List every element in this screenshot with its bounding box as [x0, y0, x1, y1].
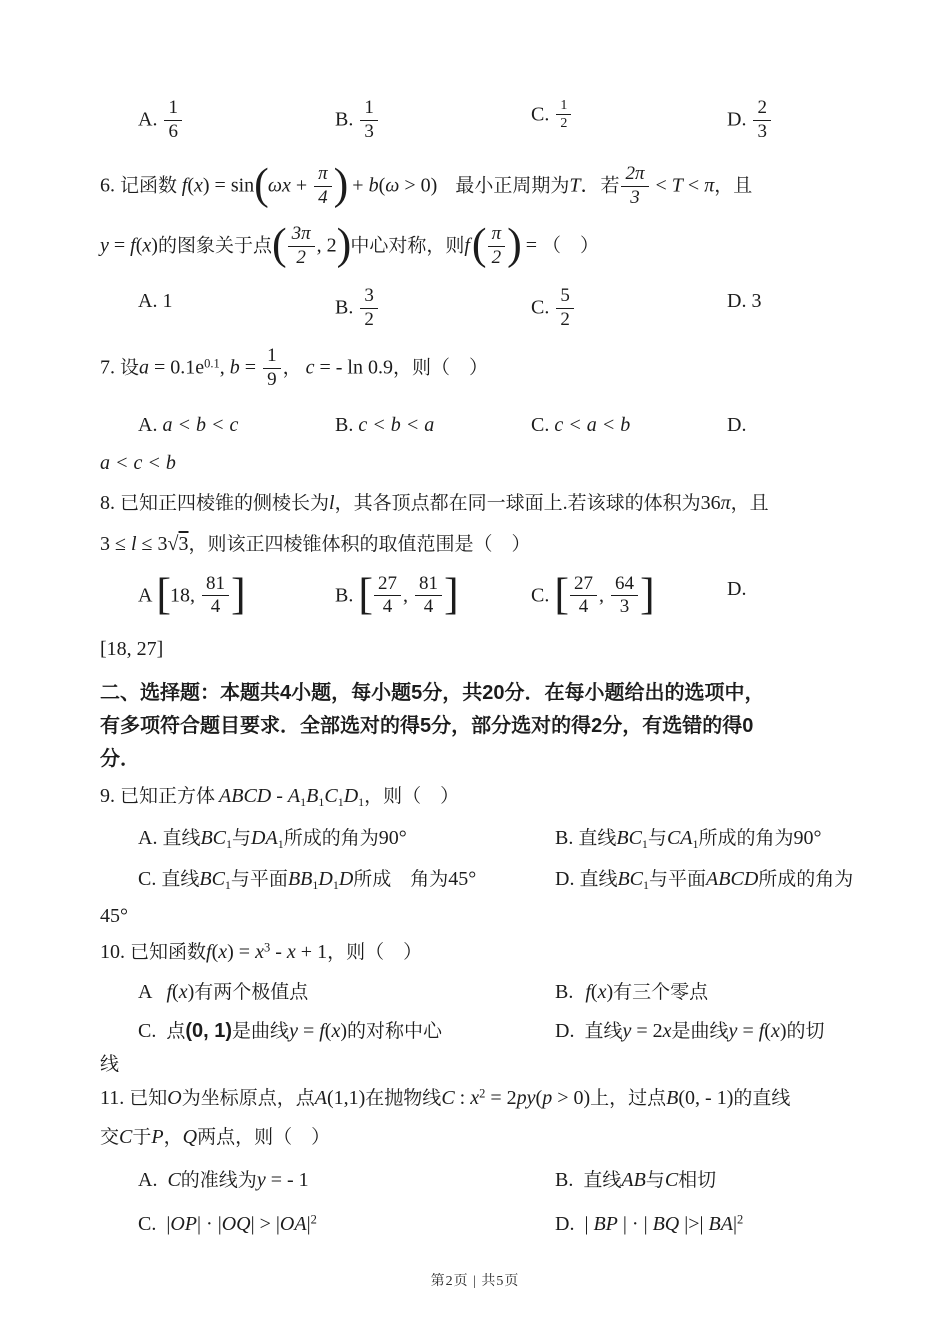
fraction: 274	[374, 574, 401, 618]
math-upright-run: 10.	[100, 941, 130, 963]
text-run: 点	[166, 1021, 185, 1042]
footer-total-pages: 共5页	[481, 1274, 519, 1289]
fraction-denominator: 3	[753, 121, 771, 143]
math-italic-run: C	[324, 785, 337, 807]
math-upright-run: = - ln 0.9	[314, 357, 393, 379]
text-run: 已知	[129, 1088, 167, 1109]
math-upright-run: ,	[403, 584, 413, 606]
text-run: 直线	[162, 828, 200, 849]
math-upright-run: (	[172, 981, 179, 1003]
text-run: 的图象关于点	[158, 236, 272, 257]
big-bracket: ]	[444, 569, 458, 618]
math-upright-run: D.	[555, 868, 579, 890]
text-run: 所成的角为	[758, 869, 853, 890]
q9-options-row1: A. 直线BC1与DA1所成的角为90°B. 直线BC1与CA1所成的角为90°	[100, 825, 862, 852]
math-upright-run: = 2	[485, 1087, 516, 1109]
q9-options-row2: C. 直线BC1与平面BB1D1D所成 角为45°D. 直线BC1与平面ABCD…	[100, 866, 862, 893]
math-upright-run: ．	[580, 175, 600, 197]
math-upright-run: (0, - 1)	[678, 1087, 733, 1109]
math-italic-run: x	[142, 235, 151, 257]
fraction: 13	[360, 98, 378, 142]
text-run: ，	[164, 1127, 183, 1148]
q8-options-row-cell-c: C. [274, 643]	[531, 576, 727, 620]
fraction-numerator: 1	[263, 346, 281, 369]
math-italic-run: y	[100, 235, 109, 257]
math-upright-run: 90°	[794, 827, 822, 849]
math-upright-run: |>|	[679, 1213, 708, 1235]
q8-stem-line1: 8. 已知正四棱锥的侧棱长为l，其各顶点都在同一球面上.若该球的体积为36π，且	[100, 490, 862, 517]
math-upright-run: C.	[531, 103, 554, 125]
text-run: 的直线	[733, 1088, 790, 1109]
math-italic-run: A	[315, 1087, 327, 1109]
fraction-denominator: 4	[415, 596, 442, 618]
math-upright-run: )	[780, 1020, 787, 1042]
text-run: （ ）	[542, 236, 599, 257]
text-run: 直线	[161, 869, 199, 890]
math-upright-run: ) = sin	[203, 175, 254, 197]
fraction-numerator: π	[314, 164, 332, 187]
fraction-denominator: 4	[314, 187, 332, 209]
text-run: 直线	[579, 869, 617, 890]
big-bracket: ]	[640, 569, 654, 618]
fraction-denominator: 2	[488, 247, 506, 269]
text-run: 记函数	[120, 176, 182, 197]
q6-stem-line1: 6. 记函数 f(x) = sin(ωx + π4) + b(ω > 0)最小正…	[100, 166, 862, 210]
math-upright-run: -	[271, 785, 288, 807]
math-italic-run: π	[721, 492, 731, 514]
fraction-denominator: 6	[164, 121, 182, 143]
math-italic-run: BC	[616, 827, 642, 849]
q7-options-row-cell-a: A. a < b < c	[138, 412, 335, 438]
math-upright-run: D.	[555, 1213, 574, 1235]
math-upright-run: | · |	[618, 1213, 653, 1235]
page-footer: 第2页 | 共5页	[0, 1270, 950, 1290]
q11-stem-line2: 交C于P，Q两点，则（ ）	[100, 1124, 862, 1151]
fraction: 814	[202, 574, 229, 618]
math-upright-run: D.	[727, 109, 751, 131]
text-run: 与平面	[649, 869, 706, 890]
math-italic-run: C	[665, 1169, 678, 1191]
math-italic-run: f	[464, 235, 470, 257]
text-run: 已知正四棱锥的侧棱长为	[120, 493, 329, 514]
math-italic-run: CA	[667, 827, 693, 849]
math-upright-run: (	[591, 981, 598, 1003]
math-italic-run: BC	[617, 868, 643, 890]
fraction: 274	[570, 574, 597, 618]
q10-options-row1-cell-b: B.f(x)有三个零点	[555, 979, 708, 1006]
text-run: 已知正方体	[120, 786, 215, 807]
math-upright-run: ) =	[227, 941, 255, 963]
fraction: 2π3	[621, 164, 648, 208]
text-run: 线	[100, 1054, 119, 1075]
math-italic-run: T	[569, 175, 580, 197]
fraction: 16	[164, 98, 182, 142]
math-upright-run: A	[138, 584, 156, 606]
q10-option-d-wrap: 线	[100, 1053, 862, 1078]
math-upright-run: , 2	[317, 235, 337, 257]
math-upright-run: [18, 27]	[100, 638, 163, 660]
math-italic-run: O	[167, 1087, 181, 1109]
exam-content: A. 16B. 13C. 12D. 236. 记函数 f(x) = sin(ωx…	[100, 100, 862, 1237]
text-run: 两点，则（ ）	[197, 1127, 330, 1148]
fraction-numerator: 81	[202, 574, 229, 597]
math-italic-run: OP	[170, 1213, 197, 1235]
math-italic-run: C	[167, 1169, 180, 1191]
text-run: ，则（ ）	[393, 358, 488, 379]
math-upright-run: C.	[531, 584, 554, 606]
text-run: 已知函数	[130, 942, 206, 963]
math-italic-run: y	[289, 1020, 298, 1042]
text-run: 所成的角为	[699, 828, 794, 849]
math-italic-run: ωx	[268, 175, 291, 197]
fraction-denominator: 4	[570, 596, 597, 618]
text-run: 与	[232, 828, 251, 849]
fraction-numerator: 64	[611, 574, 638, 597]
fraction-numerator: 3π	[288, 224, 315, 247]
math-upright-run: D. 3	[727, 290, 761, 312]
math-italic-run: a < b < c	[162, 414, 238, 436]
text-run: ，其各顶点都在同一球面上	[335, 493, 563, 514]
q7-options-row-cell-b: B. c < b < a	[335, 412, 531, 438]
math-upright-run: =	[109, 235, 130, 257]
big-bracket: )	[507, 220, 521, 269]
q10-options-row1: Af(x)有两个极值点B.f(x)有三个零点	[100, 979, 862, 1006]
math-upright-run: > 0)	[552, 1087, 590, 1109]
big-bracket: [	[554, 569, 568, 618]
math-italic-run: P	[151, 1126, 163, 1148]
math-upright-run: D.	[727, 578, 746, 600]
fraction: π2	[488, 224, 506, 268]
text-run: 与	[646, 1170, 665, 1191]
math-upright-run: 45°	[100, 905, 128, 927]
text-run: 有两个极值点	[194, 982, 308, 1003]
fraction: 19	[263, 346, 281, 390]
q8-options-row-cell-b: B. [274, 814]	[335, 576, 531, 620]
math-italic-run: A	[288, 785, 300, 807]
text-run: 上，过点	[590, 1088, 666, 1109]
math-upright-run: C.	[531, 297, 554, 319]
fraction-numerator: π	[488, 224, 506, 247]
math-upright-run: 8.	[100, 492, 120, 514]
text-run: 直线	[578, 828, 616, 849]
fraction-denominator: 3	[360, 121, 378, 143]
math-italic-run: T	[672, 175, 683, 197]
math-upright-run: 18,	[170, 584, 200, 606]
fraction-denominator: 2	[360, 309, 378, 331]
fraction: 643	[611, 574, 638, 618]
math-upright-run: =	[521, 235, 542, 257]
math-italic-run: B	[306, 785, 318, 807]
exam-page: A. 16B. 13C. 12D. 236. 记函数 f(x) = sin(ωx…	[0, 0, 950, 1344]
math-upright-run: 6.	[100, 175, 120, 197]
text-run: ，则该正四棱锥体积的取值范围是（ ）	[189, 534, 531, 555]
math-upright-run: 11.	[100, 1087, 129, 1109]
math-italic-run: BQ	[653, 1213, 680, 1235]
text-run: 直线	[584, 1021, 622, 1042]
math-italic-run: π	[704, 175, 714, 197]
big-bracket: [	[358, 569, 372, 618]
text-run: 为坐标原点，点	[182, 1088, 315, 1109]
fraction-denominator: 3	[621, 187, 648, 209]
q10-options-row2-cell-a: C.点(0, 1)是曲线y = f(x)的对称中心	[138, 1018, 555, 1045]
text-run: 与平面	[231, 869, 288, 890]
text-run: 设	[120, 358, 139, 379]
fraction-numerator: 81	[415, 574, 442, 597]
bold-heading-run: 有多项符合题目要求．全部选对的得5分，部分选对的得2分，有选错的得0	[100, 715, 753, 737]
math-italic-run: a < c < b	[100, 452, 176, 474]
math-italic-run: x	[194, 175, 203, 197]
math-upright-run: )	[151, 235, 158, 257]
fraction-numerator: 1	[164, 98, 182, 121]
math-upright-run: C.	[138, 1213, 156, 1235]
math-upright-run: ,	[220, 357, 230, 379]
q8-options-row: A [18, 814]B. [274, 814]C. [274, 643]D.	[100, 576, 862, 620]
q7-option-d-wrap: a < c < b	[100, 450, 862, 476]
text-run: ，且	[731, 493, 769, 514]
math-upright-run: <	[683, 175, 704, 197]
math-italic-run: b	[369, 175, 379, 197]
text-run: ，且	[714, 176, 752, 197]
math-italic-run: p	[542, 1087, 552, 1109]
math-upright-run: B.	[555, 827, 578, 849]
fraction: 52	[556, 286, 574, 330]
math-upright-run: =	[737, 1020, 758, 1042]
math-italic-run: x	[255, 941, 264, 963]
math-italic-run: x	[287, 941, 296, 963]
math-italic-run: x	[179, 981, 188, 1003]
text-run: ，	[283, 358, 302, 379]
math-italic-run: a	[139, 357, 149, 379]
q6-options-row-cell-b: B. 32	[335, 288, 531, 332]
q5-options-row-cell-c: C. 12	[531, 100, 727, 133]
q6-options-row: A. 1B. 32C. 52D. 3	[100, 288, 862, 332]
math-upright-run: :	[455, 1087, 471, 1109]
math-upright-run: (	[764, 1020, 771, 1042]
fraction-denominator: 3	[611, 596, 638, 618]
section2-header-line3: 分．	[100, 744, 862, 775]
math-italic-run: OQ	[222, 1213, 251, 1235]
footer-page-number: 第2页	[431, 1274, 469, 1289]
text-run: 的准线为	[181, 1170, 257, 1191]
q8-option-d-wrap: [18, 27]	[100, 636, 862, 662]
math-italic-run: BC	[200, 827, 226, 849]
section2-header-line1: 二、选择题：本题共4小题，每小题5分，共20分．在每小题给出的选项中，	[100, 678, 862, 709]
math-upright-run: C.	[531, 414, 554, 436]
q6-options-row-cell-d: D. 3	[727, 288, 761, 314]
math-upright-run: = 0.1e	[149, 357, 204, 379]
big-bracket: )	[337, 220, 351, 269]
math-upright-run: A.	[138, 109, 162, 131]
fraction-denominator: 4	[202, 596, 229, 618]
math-upright-run: B.	[335, 414, 358, 436]
math-italic-run: x	[218, 941, 227, 963]
q10-options-row2-cell-b: D.直线y = 2x是曲线y = f(x)的切	[555, 1018, 825, 1045]
math-upright-run: | · |	[197, 1213, 222, 1235]
math-italic-run: ω	[385, 175, 399, 197]
math-upright-run: A.	[138, 827, 162, 849]
math-upright-run: (1,1)	[327, 1087, 365, 1109]
q6-options-row-cell-c: C. 52	[531, 288, 727, 332]
math-upright-run: C.	[138, 1020, 156, 1042]
text-run: 若	[600, 176, 619, 197]
math-italic-run: x	[771, 1020, 780, 1042]
q11-options-row2-cell-b: D.| BP | · | BQ |>| BA|2	[555, 1211, 743, 1237]
q5-options-row-cell-a: A. 16	[138, 100, 335, 144]
math-upright-run: 36	[701, 492, 721, 514]
math-upright-run: B.	[335, 297, 358, 319]
text-run: 在抛物线	[365, 1088, 441, 1109]
math-upright-run: 9.	[100, 785, 120, 807]
text-run: 交	[100, 1127, 119, 1148]
math-italic-run: py	[517, 1087, 536, 1109]
math-upright-run: A. 1	[138, 290, 172, 312]
math-upright-run: ,	[599, 584, 609, 606]
fraction-denominator: 2	[288, 247, 315, 269]
q11-options-row1-cell-b: B.直线AB与C相切	[555, 1167, 716, 1194]
text-run: 所成的角为	[284, 828, 379, 849]
fraction-numerator: 2	[753, 98, 771, 121]
q10-stem: 10. 已知函数f(x) = x3 - x + 1，则（ ）	[100, 939, 862, 966]
text-run: 中心对称，则	[350, 236, 464, 257]
q9-options-row1-cell-b: B. 直线BC1与CA1所成的角为90°	[555, 825, 822, 852]
math-italic-run: C	[441, 1087, 454, 1109]
fraction-numerator: 1	[360, 98, 378, 121]
math-upright-run: | > |	[251, 1213, 280, 1235]
q11-options-row2-cell-a: C.|OP| · |OQ| > |OA|2	[138, 1211, 555, 1237]
math-italic-run: OA	[280, 1213, 307, 1235]
fraction-numerator: 27	[570, 574, 597, 597]
math-upright-run: D.	[727, 414, 746, 436]
fraction-numerator: 3	[360, 286, 378, 309]
math-upright-run: 45°	[448, 868, 476, 890]
math-upright-run: 90°	[379, 827, 407, 849]
math-upright-run: = 2	[631, 1020, 662, 1042]
bold-run: (0, 1)	[185, 1020, 232, 1042]
text-run: ，则（ ）	[327, 942, 422, 963]
text-run: ，则（ ）	[364, 786, 459, 807]
q9-options-row1-cell-a: A. 直线BC1与DA1所成的角为90°	[138, 825, 555, 852]
math-italic-run: Q	[183, 1126, 197, 1148]
text-run: 直线	[583, 1170, 621, 1191]
fraction-denominator: 2	[556, 309, 574, 331]
math-italic-run: C	[119, 1126, 132, 1148]
big-bracket: (	[472, 220, 486, 269]
math-italic-run: BA	[709, 1213, 733, 1235]
math-upright-run: B.	[335, 109, 358, 131]
q7-stem: 7. 设a = 0.1e0.1, b = 19，c = - ln 0.9，则（ …	[100, 348, 862, 392]
q9-options-row2-cell-b: D. 直线BC1与平面ABCD所成的角为	[555, 866, 853, 893]
q8-options-row-cell-a: A [18, 814]	[138, 576, 335, 620]
math-upright-run: =	[298, 1020, 319, 1042]
math-upright-run: B.	[555, 981, 573, 1003]
radical-sign: √	[168, 533, 179, 555]
math-italic-run: D	[318, 868, 332, 890]
q9-options-row2-cell-a: C. 直线BC1与平面BB1D1D所成 角为45°	[138, 866, 555, 893]
fraction: 814	[415, 574, 442, 618]
math-italic-run: x	[470, 1087, 479, 1109]
math-italic-run: c < b < a	[358, 414, 434, 436]
fraction-denominator: 2	[556, 115, 571, 131]
q8-stem-line2: 3 ≤ l ≤ 3√3，则该正四棱锥体积的取值范围是（ ）	[100, 531, 862, 558]
math-upright-run: = - 1	[266, 1169, 309, 1191]
square-root: √3	[168, 533, 189, 555]
math-upright-run: -	[270, 941, 287, 963]
text-run: 与	[648, 828, 667, 849]
q11-stem-line1: 11. 已知O为坐标原点，点A(1,1)在抛物线C : x2 = 2py(p >…	[100, 1085, 862, 1112]
math-upright-run: + 1	[296, 941, 327, 963]
text-run: 若该球的体积为	[568, 493, 701, 514]
math-italic-run: ABCD	[219, 785, 271, 807]
math-upright-run: <	[651, 175, 672, 197]
math-italic-run: x	[663, 1020, 672, 1042]
math-italic-run: c < a < b	[554, 414, 630, 436]
math-italic-run: DA	[251, 827, 278, 849]
q7-options-row-cell-d: D.	[727, 412, 746, 438]
math-italic-run: BP	[593, 1213, 617, 1235]
q6-stem-line2: y = f(x)的图象关于点(3π2, 2)中心对称，则f(π2) = （ ）	[100, 226, 862, 270]
math-italic-run: b	[230, 357, 240, 379]
q5-options-row: A. 16B. 13C. 12D. 23	[100, 100, 862, 144]
fraction-numerator: 27	[374, 574, 401, 597]
math-upright-run: +	[347, 175, 368, 197]
math-upright-run: A.	[138, 1169, 157, 1191]
q7-options-row-cell-c: C. c < a < b	[531, 412, 727, 438]
math-upright-run: 7.	[100, 357, 120, 379]
math-upright-run: 3 ≤	[100, 533, 131, 555]
math-upright-run: D.	[555, 1020, 574, 1042]
q8-options-row-cell-d: D.	[727, 576, 746, 602]
fraction: 3π2	[288, 224, 315, 268]
text-run: 于	[132, 1127, 151, 1148]
text-run: 有三个零点	[613, 982, 708, 1003]
fraction-numerator: 5	[556, 286, 574, 309]
math-italic-run: D	[339, 868, 353, 890]
fraction: 12	[556, 98, 571, 131]
text-run: 最小正周期为	[455, 176, 569, 197]
math-italic-run: ABCD	[706, 868, 758, 890]
q11-options-row1: A.C的准线为y = - 1B.直线AB与C相切	[100, 1167, 862, 1194]
big-bracket: )	[334, 160, 348, 209]
math-upright-run: +	[291, 175, 312, 197]
fraction: 23	[753, 98, 771, 142]
big-bracket: ]	[231, 569, 245, 618]
q11-options-row1-cell-a: A.C的准线为y = - 1	[138, 1167, 555, 1194]
text-run: 是曲线	[232, 1021, 289, 1042]
q6-options-row-cell-a: A. 1	[138, 288, 335, 314]
q9-stem: 9. 已知正方体ABCD - A1B1C1D1，则（ ）	[100, 783, 862, 810]
math-upright-run: =	[240, 357, 261, 379]
math-upright-run: A.	[138, 414, 162, 436]
q10-options-row2: C.点(0, 1)是曲线y = f(x)的对称中心D.直线y = 2x是曲线y …	[100, 1018, 862, 1045]
math-italic-run: B	[666, 1087, 678, 1109]
fraction: 32	[360, 286, 378, 330]
q5-options-row-cell-b: B. 13	[335, 100, 531, 144]
math-upright-run: A	[138, 981, 152, 1003]
math-italic-run: D	[344, 785, 358, 807]
superscript: 2	[737, 1213, 743, 1227]
fraction-numerator: 2π	[621, 164, 648, 187]
q10-options-row1-cell-a: Af(x)有两个极值点	[138, 979, 555, 1006]
math-italic-run: AB	[621, 1169, 645, 1191]
bold-heading-run: 二、选择题：本题共4小题，每小题5分，共20分．在每小题给出的选项中，	[100, 682, 765, 704]
text-run: 是曲线	[672, 1021, 729, 1042]
radicand: 3	[179, 533, 189, 555]
big-bracket: [	[156, 569, 170, 618]
big-bracket: (	[272, 220, 286, 269]
math-upright-run: B.	[555, 1169, 573, 1191]
fraction-numerator: 1	[556, 98, 571, 115]
math-upright-run: C.	[138, 868, 161, 890]
